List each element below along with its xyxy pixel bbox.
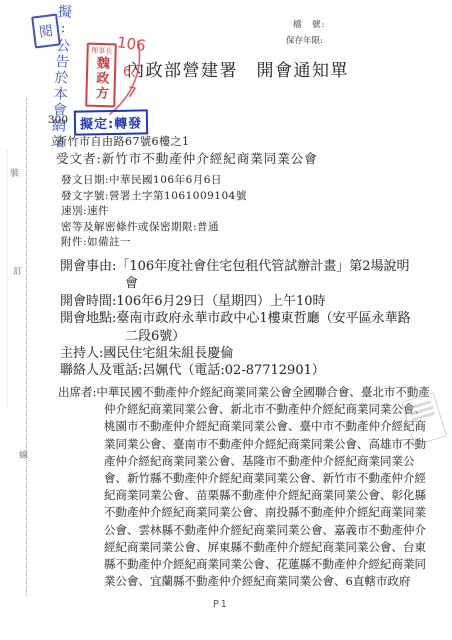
retention-period-label: 保存年限: (286, 34, 323, 46)
margin-char-zhuang: 裝 (10, 166, 20, 179)
meeting-subject-label: 開會事由: (60, 259, 116, 274)
meeting-chair-text: 國民住宅組朱組長慶倫 (103, 346, 233, 361)
meeting-subject: 開會事由:「106年度社會住宅包租代管試辦計畫」第2場說明會 (60, 258, 419, 293)
meeting-contact-text: 呂姵代（電話:02-87712901） (142, 363, 324, 378)
action-stamp: 擬定:轉發 (74, 109, 149, 135)
meeting-time-text: 106年6月29日（星期四）上午10時 (116, 294, 325, 309)
binding-dotted-line-2 (7, 150, 8, 410)
attendees-text: 中華民國不動產仲介經紀商業同業公會全國聯合會、臺北市不動產仲介經紀商業同業公會、… (96, 385, 430, 588)
document-title: 內政部營建署 開會通知單 (127, 56, 349, 81)
meeting-contact-label: 聯絡人及電話: (60, 363, 142, 378)
scanned-meeting-notice: 檔 號: 保存年限: 內政部營建署 開會通知單 擬:公告於本會網站 閱 理事長 … (0, 0, 452, 640)
classification-line: 密等及解密條件或保密期限:普通 (61, 220, 247, 236)
document-meta: 發文日期:中華民國106年6月6日 發文字號:營署土字第1061009104號 … (61, 173, 247, 251)
read-mark-text: 閱 (38, 20, 54, 42)
margin-char-xian: 線 (19, 448, 28, 461)
postal-code: 300 (48, 114, 68, 126)
meeting-place: 開會地點:臺南市政府永華市政中心1樓東哲廳（安平區永華路二段6號） (60, 310, 419, 345)
meeting-subject-text: 「106年度社會住宅包租代管試辦計畫」第2場說明會 (116, 259, 409, 291)
page-number: P1 (213, 599, 229, 610)
attendees-section: 出席者:中華民國不動產仲介經紀商業同業公會全國聯合會、臺北市不動產仲介經紀商業同… (58, 384, 434, 590)
handwritten-stroke (100, 36, 150, 121)
meeting-time: 開會時間:106年6月29日（星期四）上午10時 (60, 293, 419, 310)
attachment-line: 附件:如備註一 (61, 235, 247, 251)
read-mark-stamp: 閱 (31, 14, 61, 49)
file-number-label: 檔 號: (293, 18, 325, 30)
meeting-info: 開會事由:「106年度社會住宅包租代管試辦計畫」第2場說明會 開會時間:106年… (60, 258, 419, 380)
attendees-label: 出席者: (58, 385, 96, 399)
meeting-chair-label: 主持人: (60, 346, 103, 361)
attendees-paragraph: 出席者:中華民國不動產仲介經紀商業同業公會全國聯合會、臺北市不動產仲介經紀商業同… (58, 384, 434, 590)
doc-number-line: 發文字號:營署土字第1061009104號 (61, 189, 247, 205)
margin-char-ding: 訂 (13, 264, 22, 277)
priority-line: 速別:速件 (61, 204, 247, 220)
meeting-place-label: 開會地點: (60, 311, 116, 326)
recipient-line: 受文者:新竹市不動產仲介經紀商業同業公會 (56, 149, 318, 167)
binding-dotted-line (26, 98, 27, 596)
recipient-address: 新竹市自由路67號6樓之1 (56, 133, 190, 149)
meeting-chair: 主持人:國民住宅組朱組長慶倫 (60, 345, 419, 362)
meeting-place-text: 臺南市政府永華市政中心1樓東哲廳（安平區永華路二段6號） (116, 311, 410, 343)
meeting-time-label: 開會時間: (60, 294, 116, 309)
meeting-contact: 聯絡人及電話:呂姵代（電話:02-87712901） (60, 362, 419, 379)
issue-date-line: 發文日期:中華民國106年6月6日 (61, 173, 247, 189)
